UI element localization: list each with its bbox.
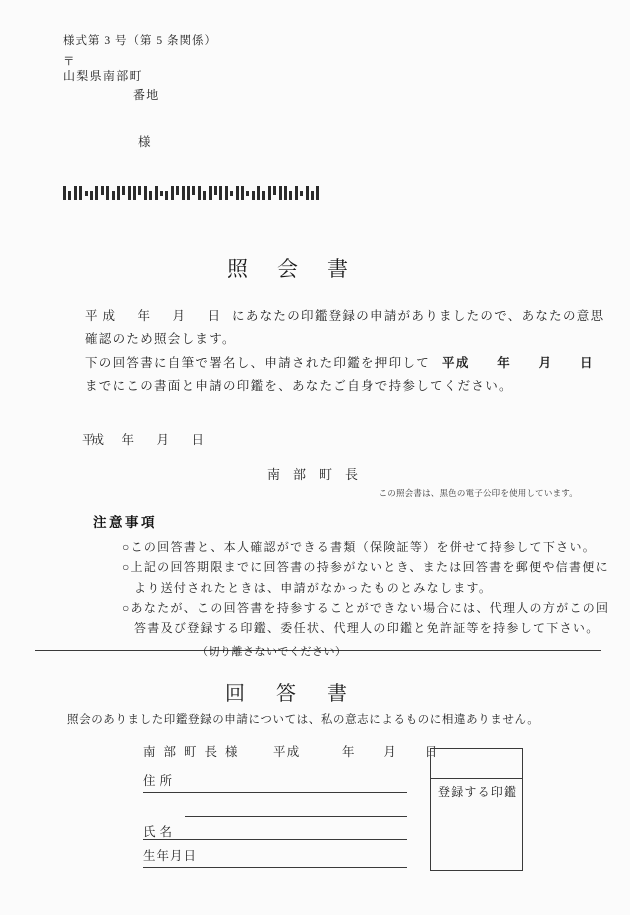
barcode-bar [273,186,276,195]
addressee-town: 山梨県南部町 [63,67,143,84]
barcode-bar [252,191,255,200]
inquiry-title: 照会書 [227,253,377,283]
barcode-bar [95,186,98,200]
inquiry-body-paragraph: 平成 年 月 日にあなたの印鑑登録の申請がありましたので、あなたの意思 確認のた… [85,305,604,398]
address-field-label: 住所 [143,771,176,789]
barcode-bar [63,186,66,200]
barcode-bar [165,191,168,200]
note-item-2-line1: ○上記の回答期限までに回答書の持参がないとき、または回答書を郵便や信書便に [122,557,609,577]
barcode-bar [68,191,71,200]
barcode-bar [122,186,125,195]
barcode-bar [133,186,136,200]
barcode-bar [241,186,244,200]
birthdate-field-label: 生年月日 [143,846,197,864]
barcode-bar [171,186,174,200]
barcode-bar [101,186,104,195]
barcode-bar [257,186,260,200]
name-field-label: 氏名 [143,822,176,840]
barcode-bar [279,186,282,200]
cut-line-label: （切り離さないでください） [197,643,347,659]
electronic-seal-note: この照会書は、黒色の電子公印を使用しています。 [379,487,578,499]
addressee-banchi: 番地 [133,86,160,103]
barcode-bar [144,186,147,200]
seal-impression-box[interactable]: 登録する印鑑 [430,748,523,871]
birthdate-input-line[interactable] [143,867,407,868]
inquiry-body-line4: までにこの書面と申請の印鑑を、あなたご自身で持参してください。 [85,375,604,398]
addressee-sama-suffix: 様 [138,132,152,150]
barcode-bar [90,191,93,200]
barcode-bar [192,186,195,195]
barcode-bar [236,186,239,200]
barcode-bar [306,186,309,200]
barcode-bar [214,186,217,195]
reply-title: 回答書 [225,677,378,706]
barcode-bar [155,186,158,200]
note-item-1: ○この回答書と、本人確認ができる書類（保険証等）を併せて持参して下さい。 [122,537,609,557]
mayor-signature: 南部町長 [267,464,371,483]
barcode-bar [316,186,319,200]
name-input-line[interactable] [143,839,407,840]
barcode-bar [149,191,152,200]
barcode-bar [128,186,131,200]
form-number: 様式第 3 号（第 5 条関係） [63,32,217,48]
barcode-bar [112,191,115,200]
note-item-3-line1: ○あなたが、この回答書を持参することができない場合には、代理人の方がこの回 [122,598,609,618]
postal-barcode [63,186,322,200]
reply-addressee: 南部町長様 [143,742,246,760]
barcode-bar [79,186,82,200]
barcode-bar [246,191,249,196]
note-item-2-line2: より送付されたときは、申請がなかったものとみなします。 [122,578,609,598]
issue-date-blank: 平成 年 月 日 [82,430,209,448]
barcode-bar [262,191,265,200]
seal-registration-inquiry-form: 様式第 3 号（第 5 条関係） 〒 山梨県南部町 番地 様 照会書 平成 年 … [0,0,630,915]
seal-box-label: 登録する印鑑 [438,783,517,800]
barcode-bar [268,186,271,200]
seal-box-divider [431,778,522,779]
barcode-bar [176,186,179,195]
note-item-3-line2: 答書及び登録する印鑑、委任状、代理人の印鑑と免許証等を持参して下さい。 [122,618,609,638]
barcode-bar [300,191,303,196]
barcode-bar [311,191,314,200]
barcode-bar [284,186,287,200]
barcode-bar [138,186,141,195]
barcode-bar [289,191,292,200]
inquiry-body-line3: 下の回答書に自筆で署名し、申請された印鑑を押印して平成 年 月 日 [85,352,604,375]
barcode-bar [230,191,233,196]
barcode-bar [182,186,185,200]
inquiry-body-line1: 平成 年 月 日にあなたの印鑑登録の申請がありましたので、あなたの意思 [85,305,604,328]
barcode-bar [187,186,190,200]
reply-deadline-date-blank: 平成 年 月 日 [442,356,594,370]
barcode-bar [203,191,206,200]
address-input-line-1[interactable] [143,792,407,793]
barcode-bar [160,191,163,196]
barcode-bar [209,186,212,200]
reply-statement: 照会のありました印鑑登録の申請については、私の意志によるものに相違ありません。 [67,711,539,727]
address-input-line-2[interactable] [185,816,407,817]
notes-list: ○この回答書と、本人確認ができる書類（保険証等）を併せて持参して下さい。 ○上記… [122,537,609,638]
reply-date-blank: 平成 年 月 日 [273,742,439,760]
barcode-bar [106,186,109,200]
notes-heading: 注意事項 [93,511,157,531]
barcode-bar [198,186,201,200]
barcode-bar [295,186,298,200]
barcode-bar [117,186,120,200]
barcode-bar [219,186,222,200]
barcode-bar [74,186,77,200]
barcode-bar [225,186,228,200]
barcode-bar [85,191,88,196]
inquiry-body-line2: 確認のため照会します。 [85,328,604,351]
application-date-blank: 平成 年 月 日 [85,309,225,323]
